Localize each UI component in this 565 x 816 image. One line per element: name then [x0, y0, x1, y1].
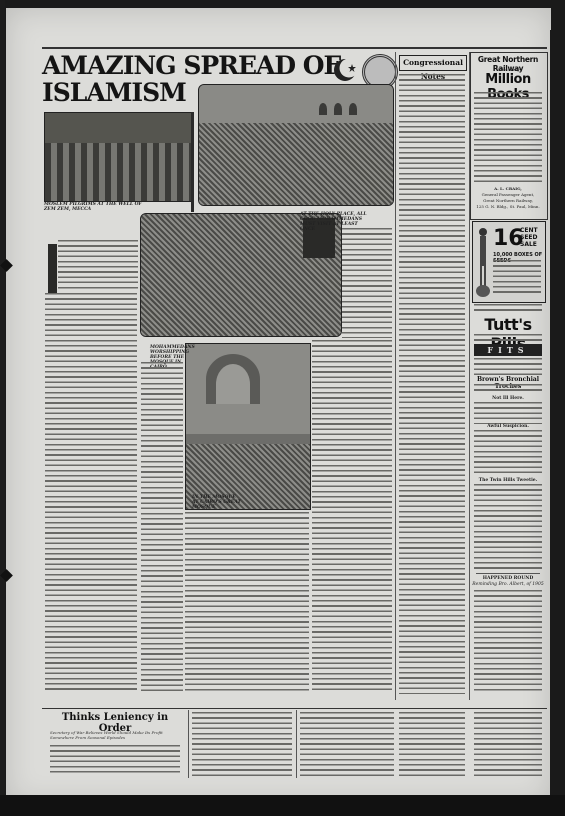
top-rule	[42, 47, 547, 49]
side-item-3-body	[474, 484, 542, 572]
tutts-body	[474, 334, 542, 343]
fits-body	[474, 358, 542, 375]
story-column-3-top	[342, 228, 392, 338]
browns-body	[474, 384, 542, 394]
column-divider	[188, 710, 189, 778]
side-item-3-heading: The Twin Hills Tweetie.	[472, 478, 544, 483]
column-divider	[296, 710, 297, 778]
story-column-1	[45, 293, 137, 693]
story-continuation-col-a	[300, 712, 394, 776]
photo-mosque-interior	[185, 343, 311, 510]
story-column-1-intro	[58, 240, 138, 292]
seed-sale-ad: 16 CENT SEED SALE 10,000 BOXES OF SEEDS	[472, 221, 546, 303]
side-item-1-body	[474, 402, 542, 424]
seed-word-sale: SALE	[520, 241, 538, 248]
seed-word-cent: CENT	[520, 227, 538, 234]
bottom-section-rule	[42, 708, 547, 709]
side-item-2-heading: Awful Suspicion.	[472, 424, 544, 429]
scan-edge-left	[0, 0, 5, 816]
photo-well-of-zem-zem	[44, 112, 194, 202]
side-item-4-subheading: Reminding Bro. Albert, of 1905	[472, 582, 544, 587]
scan-edge-right	[550, 30, 565, 816]
tutts-intro	[474, 304, 542, 314]
thinks-leniency-body-2	[192, 712, 292, 776]
column-divider	[395, 52, 396, 700]
story-column-2	[141, 362, 183, 692]
side-item-4-body	[474, 590, 542, 694]
side-item-1-heading: Not Ill Here.	[472, 396, 544, 401]
side-divider	[476, 573, 540, 574]
seed-sale-words: CENT SEED SALE	[520, 227, 538, 248]
ornamental-pillar	[191, 112, 194, 212]
crescent-star-icon	[332, 56, 360, 84]
drop-cap-ornament	[48, 244, 57, 294]
photo-holy-place-crowd	[198, 84, 394, 206]
congressional-notes-body	[399, 74, 465, 694]
thinks-leniency-body-1	[50, 745, 180, 775]
seed-word-seed: SEED	[520, 234, 538, 241]
story-continuation-col-b	[399, 712, 465, 776]
fits-ad-banner: FITS	[474, 344, 542, 356]
scan-bottom-shadow	[0, 795, 565, 816]
side-item-4-heading: HAPPENED ROUND	[472, 576, 544, 581]
story-column-3	[312, 340, 392, 692]
gnr-signature-name: A. L. CRAIG,	[472, 186, 544, 191]
gnr-signature-address: 125 G. N. Bldg., St. Paul, Minn.	[472, 204, 544, 209]
caption-zem-zem: Moslem Pilgrims at the Well of Zem Zem, …	[44, 202, 144, 212]
gnr-signature-title: General Passenger Agent,	[472, 192, 544, 197]
gnr-signature-company: Great Northern Railway,	[472, 198, 544, 203]
side-item-2-body	[474, 430, 542, 476]
story-column-2b	[185, 512, 309, 692]
story-continuation-col-c	[474, 712, 542, 776]
headline-line-1: AMAZING SPREAD OF	[42, 52, 342, 79]
seed-sale-body	[493, 260, 541, 296]
farmer-figure-icon	[476, 226, 490, 298]
congressional-notes-title: Congressional Notes	[399, 55, 467, 71]
thinks-leniency-subhead: Secretary of War Believes World Should M…	[50, 730, 180, 740]
caption-mosque: In the Mosque at Cairo's Great Mosque	[192, 495, 242, 510]
gnr-body	[474, 92, 542, 184]
